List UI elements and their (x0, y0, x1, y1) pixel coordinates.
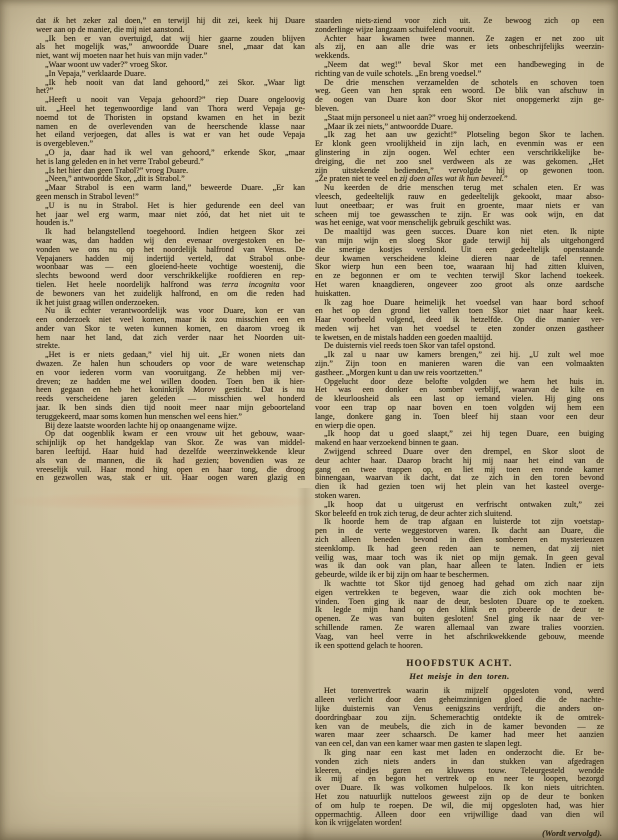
text-line: Op dat oogenblik kwam er een vrouw uit h… (36, 430, 305, 439)
text-line: het?” (36, 87, 305, 96)
text-line: waren maar zeer schaarsch. De kamer had … (315, 731, 604, 740)
text-line: Er klonk geen vroolijkheid in zijn lach,… (315, 140, 604, 149)
text-line: slechts bewoond werd door verschrikkelij… (36, 272, 305, 281)
text-line: wekkends. (315, 52, 604, 61)
text-line: uit. „Heel het tegenwoordige land van Th… (36, 105, 305, 114)
text-line: „O ja, daar had ik wel van gehoord,” erk… (36, 149, 305, 158)
text-line: houden is.” (36, 219, 305, 228)
text-line: makend en haar verzoekend binnen te gaan… (315, 439, 604, 448)
text-line: pen in de verte weggestorven waren. Ik d… (315, 527, 604, 536)
text-line: „Maar Strabol is een warm land,” beweerd… (36, 184, 305, 193)
text-line: die smerige kostjes verslond. Uit een ge… (315, 246, 604, 255)
text-line: de kleurloosheid als een last op iemand … (315, 395, 604, 404)
text-line: tielen. Het heele noordelijk halfrond wa… (36, 281, 305, 290)
text-line: Vepajaners hadden mij indertijd verteld,… (36, 255, 305, 264)
text-line: zonderlinge wijze langzaam schuifelend v… (315, 26, 604, 35)
text-line: zich alleen beneden bevond in dien sombe… (315, 536, 604, 545)
text-line: deur kwamen verscheidene kleine dieren n… (315, 255, 604, 264)
text-line: en voor iederen vorm van vooruitgang. Ze… (36, 369, 305, 378)
text-line: en wierp die open. (315, 422, 604, 431)
text-line: Vaag, van heel verre in het afschrikwekk… (315, 633, 604, 642)
text-column-left: dat ik het zeker zal doen,” en terwijl h… (36, 17, 305, 483)
text-line: Ik ging naar een kast met laden en onder… (315, 749, 604, 758)
text-line: veilig was, maar toch was ik niet op mij… (315, 554, 604, 563)
text-line: van een cel, dan van een kamer waar men … (315, 740, 604, 749)
text-line: Het zou natuurlijk nutteloos geweest zij… (315, 793, 604, 802)
text-line: weg. Geen van hen sprak een woord. De bl… (315, 87, 604, 96)
text-line: oppermachtig. Alleen door een vrijwillig… (315, 811, 604, 820)
text-line: Opgelucht door deze belofte volgden we h… (315, 378, 604, 387)
text-line: de oogen van Duare kon door Skor niet on… (315, 96, 604, 105)
text-line: namen en de overlevenden van de heersche… (36, 123, 305, 132)
text-line: dreiging, die net zoo snel verdween als … (315, 158, 604, 167)
text-line: vinden. Toen ging ik naar de deur, beslo… (315, 598, 604, 607)
text-line: weer aan op de manier, die mij niet aans… (36, 26, 305, 35)
text-line: „Maar ik zei niets,” antwoordde Duare. (315, 123, 604, 132)
text-line: ik het juist graag willen onderzoeken. (36, 299, 305, 308)
text-line: Het was een donker en somber verblijf, w… (315, 386, 604, 395)
text-line: staarden niets-ziend voor zich uit. Ze b… (315, 17, 604, 26)
chapter-heading: HOOFDSTUK ACHT. (315, 658, 604, 669)
text-line: schillende ramen. Ze waren allemaal van … (315, 624, 604, 633)
text-line: „In Vepaja,” verklaarde Duare. (36, 70, 305, 79)
text-line: reeds verscheidene jaren geleden — missc… (36, 395, 305, 404)
text-line: openen. Ze was van buiten gesloten! Snel… (315, 615, 604, 624)
text-line: bleven. (315, 105, 604, 114)
text-line: Nu keerden de drie menschen terug met sc… (315, 184, 604, 193)
text-line: baren leeftijd. Haar huid had dezelfde w… (36, 448, 305, 457)
text-line: ik mij af en begon het vertrek op en nee… (315, 775, 604, 784)
text-line: Nu ik echter verantwoordelijk was voor D… (36, 307, 305, 316)
text-line: meden wij het van het voedsel te eten zo… (315, 325, 604, 334)
text-line: Ik zag hoe Duare heimelijk het voedsel v… (315, 299, 604, 308)
text-line: lijke duisternis van Venus eenigszins ve… (315, 705, 604, 714)
text-line: kon ik vrijgelaten worden! (315, 819, 604, 828)
text-line: of om hulp te roepen. De wil, die mij op… (315, 802, 604, 811)
text-line: was ik dan ook van plan, haar alleen te … (315, 562, 604, 571)
text-line: lange, donkere gang in. Toen bleef hij s… (315, 413, 604, 422)
text-line: doordringbaar zou zijn. Schemerachtig on… (315, 714, 604, 723)
text-line: „Neem dat weg!” beval Skor met een handb… (315, 61, 604, 70)
text-line: vreeselijk vuil. Haar mond hing open en … (36, 466, 305, 475)
text-line: waar was, dan hadden wij den evenaar ove… (36, 237, 305, 246)
text-line: kleeren, eindjes garen en kluwens touw. … (315, 767, 604, 776)
text-line: teruggekeerd, maar soms komen hun mensch… (36, 413, 305, 422)
text-line: „Is het hier dan geen Trabol?” vroeg Dua… (36, 167, 305, 176)
text-line: het is lang geleden en in het verre Trab… (36, 158, 305, 167)
text-line: hem naar het land, dat zich verder naar … (36, 334, 305, 343)
text-line: het eiland verjoegen, dat alles is wat e… (36, 131, 305, 140)
text-line: „Ik zal u naar uw kamers brengen,” zei h… (315, 351, 604, 360)
text-line: „Waar woont uw vader?” vroeg Skor. (36, 61, 305, 70)
center-fold-shadow (297, 488, 315, 840)
paper-streak-artifact (14, 493, 314, 510)
text-line: Achter haar kwamen twee mannen. Ze zagen… (315, 35, 604, 44)
column-text-after-heading: Het torenvertrek waarin ik mijzelf opges… (315, 687, 604, 828)
text-line: een onderzoek niet veel komen, maar ik z… (36, 316, 305, 325)
text-line: Ik had belangstellend toegehoord. Indien… (36, 228, 305, 237)
text-line: glinstering in zijn oogen. Wel echter ee… (315, 149, 604, 158)
text-line: Ik hoorde hem de trap afgaan en luisterd… (315, 518, 604, 527)
text-line: luut oneetbaar; er was fruit en groente,… (315, 202, 604, 211)
text-line: „Neen,” antwoordde Skor, „dit is Strabol… (36, 175, 305, 184)
text-line: en gezwollen was, stak er uit. Haar ooge… (36, 474, 305, 483)
text-line: is overgebleven.” (36, 140, 305, 149)
text-line: binnengaan, waarvan ik dacht, dat ze zic… (315, 474, 604, 483)
text-line: zijn.” Zijn toon en manieren waren die v… (315, 360, 604, 369)
text-line: heen gegaan en heb het koninkrijk Morov … (36, 386, 305, 395)
text-line: Het waren knaagdieren, ongeveer zoo groo… (315, 281, 604, 290)
text-line: De drie menschen verzamelden de schotels… (315, 79, 604, 88)
text-line: en ze begonnen er om te vechten terwijl … (315, 272, 604, 281)
text-line: en het op den grond liet vallen toen Sko… (315, 307, 604, 316)
text-line: Haar voorbeeld volgend, deed ik hetzelfd… (315, 316, 604, 325)
text-line: richting van de vuile schotels. „En bren… (315, 70, 604, 79)
text-line: „Ik heb nooit van dat land gehoord,” zei… (36, 79, 305, 88)
text-line: gang en twee trappen op, en liet mij toe… (315, 466, 604, 475)
text-column-right: staarden niets-ziend voor zich uit. Ze b… (315, 17, 604, 839)
text-line: zijn uitstekende bedienden,” vervolgde h… (315, 167, 604, 176)
text-line: als zij, en aan alle drie was er iets on… (315, 43, 604, 52)
text-line: huiskatten. (315, 290, 604, 299)
text-line: woonbaar was — een gloeiend-heete vochti… (36, 263, 305, 272)
text-line: te kwetsen, en de mistals hadden een goe… (315, 334, 604, 343)
text-line: over Duare. Ik was volkomen hulpeloos. I… (315, 784, 604, 793)
text-line: dwazen. Ze halen hun schouders op voor d… (36, 360, 305, 369)
text-line: ander van Skor te weten kunnen komen, en… (36, 325, 305, 334)
text-line: gebeurde, wilde ik er bij zijn om haar t… (315, 571, 604, 580)
text-line: Skor wierp hun een been toe, waaraan hij… (315, 263, 604, 272)
text-line: deur achter haar. Daarop bracht hij mij … (315, 457, 604, 466)
text-line: „Ik hoop dat u uitgerust en verfrischt o… (315, 501, 604, 510)
text-line: Zwijgend schreed Duare over den drempel,… (315, 448, 604, 457)
text-line: eigen vertrekken te begeven, waar die zi… (315, 589, 604, 598)
text-line: stoken waren. (315, 492, 604, 501)
text-line: „Staat mijn personeel u niet aan?” vroeg… (315, 114, 604, 123)
text-line: gastheer. „Morgen kunt u dan uw reis voo… (315, 369, 604, 378)
text-line: vonden we ons nu op het noordelijk halfr… (36, 246, 305, 255)
text-line: „Heeft u nooit van Vepaja gehoord?” riep… (36, 96, 305, 105)
text-line: voor een trap op naar boven en toen volg… (315, 404, 604, 413)
text-line: het jaar wel erg warm, maar niet zóó, da… (36, 211, 305, 220)
column-text-before-heading: staarden niets-ziend voor zich uit. Ze b… (315, 17, 604, 650)
text-line: van mijn wijn en sloeg Skor gade terwijl… (315, 237, 604, 246)
text-line: „Ik hoop dat u goed slaapt,” zei hij teg… (315, 430, 604, 439)
text-line: Ik wachtte tot Skor tijd genoeg had geha… (315, 580, 604, 589)
text-line: vleesch, gedeeltelijk rauw en gedeelteli… (315, 193, 604, 202)
text-line: „Ze praten niet te veel en zij doen alle… (315, 175, 604, 184)
text-line: dat ik het zeker zal doen,” en terwijl h… (36, 17, 305, 26)
text-line: scheen mij toe gewasschen te zijn. Er wa… (315, 211, 604, 220)
text-line: noemd tot de Thoristen in opstand kwamen… (36, 114, 305, 123)
text-line: Bij deze laatste woorden lachte hij op o… (36, 422, 305, 431)
text-line: dreven; ze hadden me wel willen dooden. … (36, 378, 305, 387)
text-line: geen mensch in Strabol leven!” (36, 193, 305, 202)
text-line: De maaltijd was geen succes. Duare kon n… (315, 228, 604, 237)
text-line: Skor beleefd en trok zich terug, de deur… (315, 510, 604, 519)
text-line: Het torenvertrek waarin ik mijzelf opges… (315, 687, 604, 696)
scanned-page: dat ik het zeker zal doen,” en terwijl h… (0, 0, 618, 840)
text-line: „Het is er niets gedaan,” viel hij uit. … (36, 351, 305, 360)
text-line: De duisternis viel reeds toen Skor van t… (315, 342, 604, 351)
text-line: als van de mannen, die ik had gezien; bo… (36, 457, 305, 466)
text-line: ken van de meubels, die zich in de kamer… (315, 723, 604, 732)
text-line: de bewoners van het zuidelijk halfrond, … (36, 290, 305, 299)
text-line: dien ik had gezien toen wij het plein va… (315, 483, 604, 492)
text-line: vonden zich niets anders in dan stukken … (315, 758, 604, 767)
text-line: „U is nu in Strabol. Het is hier geduren… (36, 202, 305, 211)
text-line: „Ik zag het aan uw gezicht!” Plotseling … (315, 131, 604, 140)
text-line: niet, want wij moeten naar het huis van … (36, 52, 305, 61)
continuation-notice: (Wordt vervolgd). (315, 830, 604, 839)
text-line: steenklomp. Ik had geen reden aan te nem… (315, 545, 604, 554)
text-line: Ik legde mijn hand op den klink en probe… (315, 606, 604, 615)
chapter-subtitle: Het meisje in den toren. (315, 672, 604, 682)
text-line: alleen verlicht door den geheimzinnigen … (315, 696, 604, 705)
text-line: „Ik ben er van overtuigd, dat wij hier g… (36, 35, 305, 44)
text-line: ik een spottend gelach te hooren. (315, 642, 604, 651)
text-line: strekte. (36, 342, 305, 351)
text-line: als het mogelijk was,” anwoordde Duare s… (36, 43, 305, 52)
text-line: was het eenige, wat voor menschelijk geb… (315, 219, 604, 228)
text-line: jaar. Ik ben sinds dien tijd nooit meer … (36, 404, 305, 413)
text-line: schijnlijk op het handgeklap van Skor. Z… (36, 439, 305, 448)
